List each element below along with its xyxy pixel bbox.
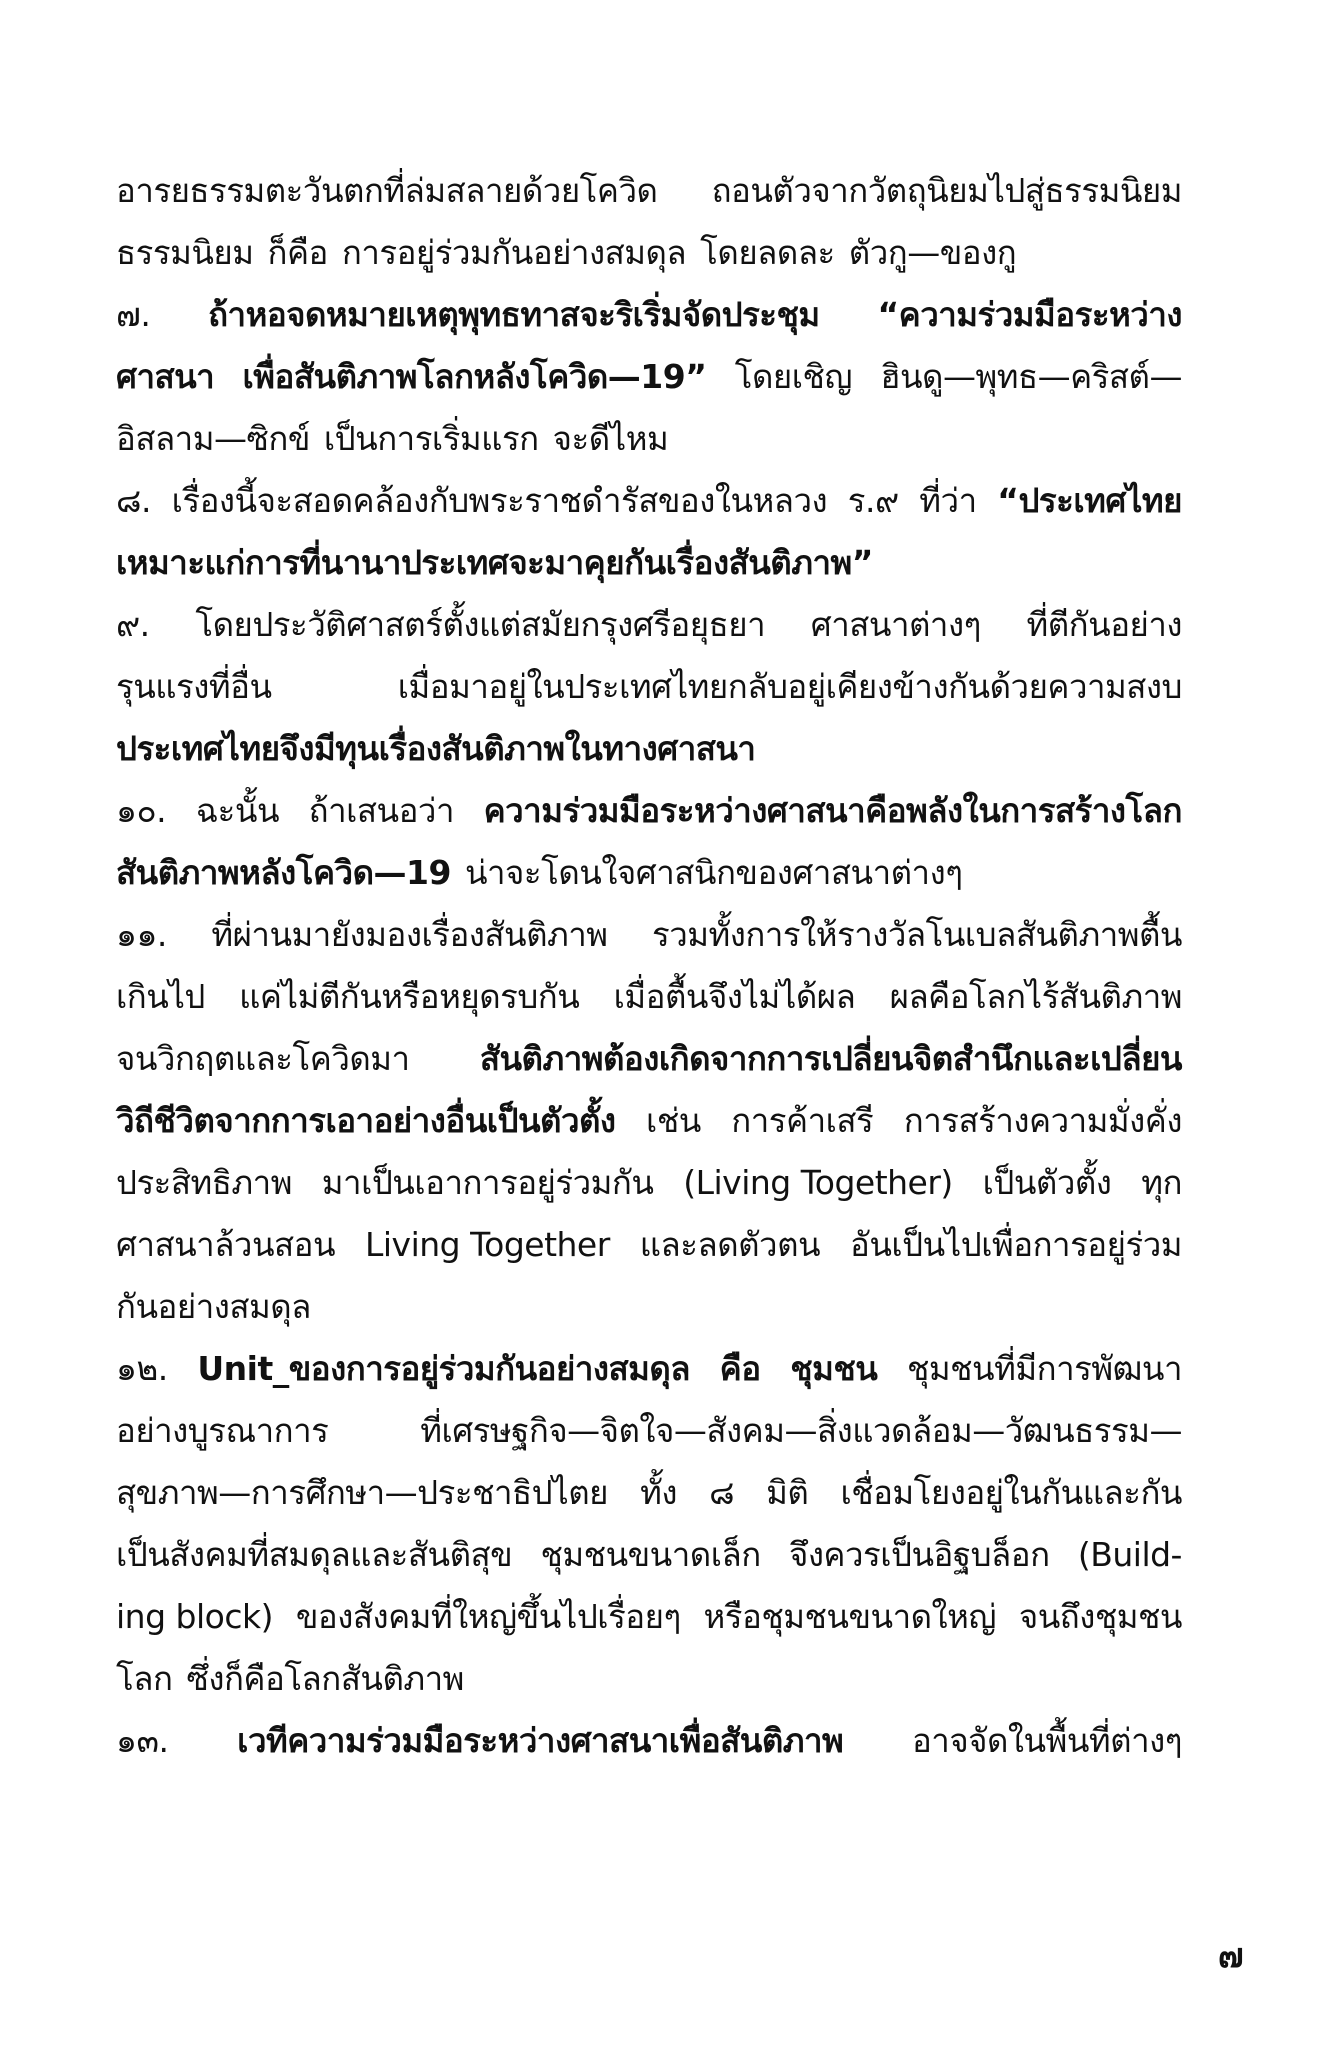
text-line: ศาสนาล้วนสอนLiving Togetherและลดตัวตนอัน…	[116, 1214, 1182, 1276]
text-line: ธรรมนิยมก็คือการอยู่ร่วมกันอย่างสมดุลโดย…	[116, 222, 1182, 284]
text-line: ประสิทธิภาพมาเป็นเอาการอยู่ร่วมกัน(Livin…	[116, 1152, 1182, 1214]
text-line: รุนแรงที่อื่นเมื่อมาอยู่ในประเทศไทยกลับอ…	[116, 656, 1182, 718]
text-segment: เช่น	[646, 1090, 701, 1152]
text-segment: จนวิกฤตและโควิดมา	[116, 1028, 410, 1090]
text-segment: มาเป็นเอาการอยู่ร่วมกัน	[322, 1152, 654, 1214]
bold-text-segment: ชุมชน	[790, 1338, 877, 1400]
text-segment: ฉะนั้น	[196, 780, 279, 842]
bold-text-segment: เพื่อสันติภาพโลกหลังโควิด—19”	[243, 346, 707, 408]
text-segment: ที่เศรษฐกิจ—จิตใจ—สังคม—สิ่งแวดล้อม—วัฒน…	[420, 1400, 1182, 1462]
text-segment: ๘	[709, 1462, 734, 1524]
text-segment: (Living Together)	[683, 1152, 953, 1214]
text-segment: โลก	[116, 1648, 172, 1710]
text-segment: ชุมชนที่มีการพัฒนา	[907, 1338, 1182, 1400]
text-segment: เป็นสังคมที่สมดุลและสันติสุข	[116, 1524, 512, 1586]
text-segment: เมื่อตื้นจึงไม่ได้ผล	[614, 966, 856, 1028]
text-segment: ที่ผ่านมายังมองเรื่องสันติภาพ	[211, 904, 607, 966]
text-segment: กันอย่างสมดุล	[116, 1276, 311, 1338]
text-segment: ๗.	[116, 284, 150, 346]
text-segment: ๙.	[116, 594, 150, 656]
text-segment: Living Together	[365, 1214, 610, 1276]
text-segment: ตัวกู—ของกู	[849, 222, 1016, 284]
text-segment: อารยธรรมตะวันตกที่ล่มสลายด้วยโควิด	[116, 160, 657, 222]
text-line: ๙.โดยประวัติศาสตร์ตั้งแต่สมัยกรุงศรีอยุธ…	[116, 594, 1182, 656]
text-line: ๗.ถ้าหอจดหมายเหตุพุทธทาสจะริเริ่มจัดประช…	[116, 284, 1182, 346]
page-number: ๗	[1218, 1928, 1244, 1982]
text-segment: อิสลาม—ซิกข์	[116, 408, 310, 470]
text-segment: โดยเชิญ	[735, 346, 852, 408]
bold-text-segment: สันติภาพต้องเกิดจากการเปลี่ยนจิตสำนึกและ…	[480, 1028, 1182, 1090]
text-line: ๑๐.ฉะนั้นถ้าเสนอว่าความร่วมมือระหว่างศาส…	[116, 780, 1182, 842]
bold-text-segment: “ประเทศไทย	[997, 470, 1182, 532]
text-segment: ทุก	[1141, 1152, 1182, 1214]
document-page: อารยธรรมตะวันตกที่ล่มสลายด้วยโควิดถอนตัว…	[116, 160, 1182, 1772]
bold-text-segment: ถ้าหอจดหมายเหตุพุทธทาสจะริเริ่มจัดประชุม	[208, 284, 820, 346]
text-segment: เชื่อมโยงอยู่ในกันและกัน	[840, 1462, 1182, 1524]
text-segment: อาจจัดในพื้นที่ต่างๆ	[912, 1710, 1182, 1772]
text-segment: อันเป็นไปเพื่อการอยู่ร่วม	[850, 1214, 1182, 1276]
text-line: สันติภาพหลังโควิด—19น่าจะโดนใจศาสนิกของศ…	[116, 842, 1182, 904]
bold-text-segment: “ความร่วมมือระหว่าง	[877, 284, 1182, 346]
text-line: กันอย่างสมดุล	[116, 1276, 1182, 1338]
text-line: ing block)ของสังคมที่ใหญ่ขึ้นไปเรื่อยๆหร…	[116, 1586, 1182, 1648]
bold-text-segment: เวทีความร่วมมือระหว่างศาสนาเพื่อสันติภาพ	[237, 1710, 843, 1772]
text-segment: ๑๐.	[116, 780, 166, 842]
text-segment: ฮินดู—พุทธ—คริสต์—	[880, 346, 1182, 408]
bold-text-segment: เหมาะแก่การที่นานาประเทศจะมาคุยกันเรื่อง…	[116, 532, 873, 594]
text-segment: การอยู่ร่วมกันอย่างสมดุล	[342, 222, 686, 284]
text-segment: จะดีไหม	[553, 408, 669, 470]
text-line: ๑๑.ที่ผ่านมายังมองเรื่องสันติภาพรวมทั้งก…	[116, 904, 1182, 966]
text-line: วิถีชีวิตจากการเอาอย่างอื่นเป็นตัวตั้งเช…	[116, 1090, 1182, 1152]
text-line: เหมาะแก่การที่นานาประเทศจะมาคุยกันเรื่อง…	[116, 532, 1182, 594]
text-segment: ซึ่งก็คือโลกสันติภาพ	[186, 1648, 463, 1710]
bold-text-segment: สันติภาพหลังโควิด—19	[116, 842, 451, 904]
text-segment: ประสิทธิภาพ	[116, 1152, 292, 1214]
text-segment: เรื่องนี้จะสอดคล้องกับพระราชดำรัสของในหล…	[172, 470, 828, 532]
bold-text-segment: คือ	[720, 1338, 761, 1400]
text-segment: ๑๑.	[116, 904, 167, 966]
text-segment: ๑๒.	[116, 1338, 168, 1400]
text-line: ประเทศไทยจึงมีทุนเรื่องสันติภาพในทางศาสน…	[116, 718, 1182, 780]
text-segment: หรือชุมชนขนาดใหญ่	[704, 1586, 996, 1648]
bold-text-segment: ศาสนา	[116, 346, 214, 408]
text-segment: ร.๙	[848, 470, 899, 532]
text-segment: ศาสนาต่างๆ	[811, 594, 981, 656]
text-segment: เมื่อมาอยู่ในประเทศไทยกลับอยู่เคียงข้างก…	[398, 656, 1182, 718]
text-segment: มิติ	[766, 1462, 808, 1524]
text-segment: รุนแรงที่อื่น	[116, 656, 272, 718]
text-segment: จนถึงชุมชน	[1019, 1586, 1182, 1648]
text-segment: ๑๓.	[116, 1710, 169, 1772]
text-segment: และลดตัวตน	[640, 1214, 820, 1276]
text-segment: ที่ว่า	[919, 470, 976, 532]
text-line: อารยธรรมตะวันตกที่ล่มสลายด้วยโควิดถอนตัว…	[116, 160, 1182, 222]
text-line: อิสลาม—ซิกข์เป็นการเริ่มแรกจะดีไหม	[116, 408, 1182, 470]
bold-text-segment: Unit_ของการอยู่ร่วมกันอย่างสมดุล	[197, 1338, 690, 1400]
text-line: โลกซึ่งก็คือโลกสันติภาพ	[116, 1648, 1182, 1710]
text-segment: (Build-	[1078, 1524, 1182, 1586]
text-segment: รวมทั้งการให้รางวัลโนเบลสันติภาพตื้น	[652, 904, 1182, 966]
bold-text-segment: ความร่วมมือระหว่างศาสนาคือพลังในการสร้าง…	[484, 780, 1182, 842]
text-segment: จึงควรเป็นอิฐบล็อก	[789, 1524, 1050, 1586]
text-segment: ผลคือโลกไร้สันติภาพ	[890, 966, 1182, 1028]
text-segment: น่าจะโดนใจศาสนิกของศาสนาต่างๆ	[465, 842, 962, 904]
text-segment: ๘.	[116, 470, 151, 532]
text-segment: โดยประวัติศาสตร์ตั้งแต่สมัยกรุงศรีอยุธยา	[195, 594, 765, 656]
text-line: ๑๓.เวทีความร่วมมือระหว่างศาสนาเพื่อสันติ…	[116, 1710, 1182, 1772]
text-segment: เป็นการเริ่มแรก	[324, 408, 539, 470]
text-segment: ถ้าเสนอว่า	[309, 780, 454, 842]
text-segment: ถอนตัวจากวัตถุนิยมไปสู่ธรรมนิยม	[712, 160, 1182, 222]
text-line: ๑๒.Unit_ของการอยู่ร่วมกันอย่างสมดุลคือชุ…	[116, 1338, 1182, 1400]
bold-text-segment: วิถีชีวิตจากการเอาอย่างอื่นเป็นตัวตั้ง	[116, 1090, 616, 1152]
text-line: จนวิกฤตและโควิดมาสันติภาพต้องเกิดจากการเ…	[116, 1028, 1182, 1090]
text-segment: ธรรมนิยม	[116, 222, 254, 284]
text-segment: สุขภาพ—การศึกษา—ประชาธิปไตย	[116, 1462, 608, 1524]
text-line: สุขภาพ—การศึกษา—ประชาธิปไตยทั้ง๘มิติเชื่…	[116, 1462, 1182, 1524]
text-segment: การค้าเสรี	[731, 1090, 873, 1152]
text-segment: ทั้ง	[640, 1462, 677, 1524]
text-segment: ชุมชนขนาดเล็ก	[541, 1524, 761, 1586]
text-line: เป็นสังคมที่สมดุลและสันติสุขชุมชนขนาดเล็…	[116, 1524, 1182, 1586]
text-segment: ของสังคมที่ใหญ่ขึ้นไปเรื่อยๆ	[296, 1586, 681, 1648]
text-segment: ing block)	[116, 1586, 273, 1648]
text-line: เกินไปแค่ไม่ตีกันหรือหยุดรบกันเมื่อตื้นจ…	[116, 966, 1182, 1028]
text-line: ศาสนาเพื่อสันติภาพโลกหลังโควิด—19”โดยเชิ…	[116, 346, 1182, 408]
text-segment: ก็คือ	[268, 222, 328, 284]
text-segment: อย่างบูรณาการ	[116, 1400, 328, 1462]
text-segment: เป็นตัวตั้ง	[983, 1152, 1112, 1214]
text-line: อย่างบูรณาการที่เศรษฐกิจ—จิตใจ—สังคม—สิ่…	[116, 1400, 1182, 1462]
text-segment: แค่ไม่ตีกันหรือหยุดรบกัน	[239, 966, 579, 1028]
text-segment: ที่ตีกันอย่าง	[1026, 594, 1182, 656]
text-segment: เกินไป	[116, 966, 205, 1028]
text-segment: ศาสนาล้วนสอน	[116, 1214, 335, 1276]
text-line: ๘.เรื่องนี้จะสอดคล้องกับพระราชดำรัสของใน…	[116, 470, 1182, 532]
bold-text-segment: ประเทศไทยจึงมีทุนเรื่องสันติภาพในทางศาสน…	[116, 718, 755, 780]
text-segment: การสร้างความมั่งคั่ง	[904, 1090, 1182, 1152]
text-segment: โดยลดละ	[700, 222, 835, 284]
